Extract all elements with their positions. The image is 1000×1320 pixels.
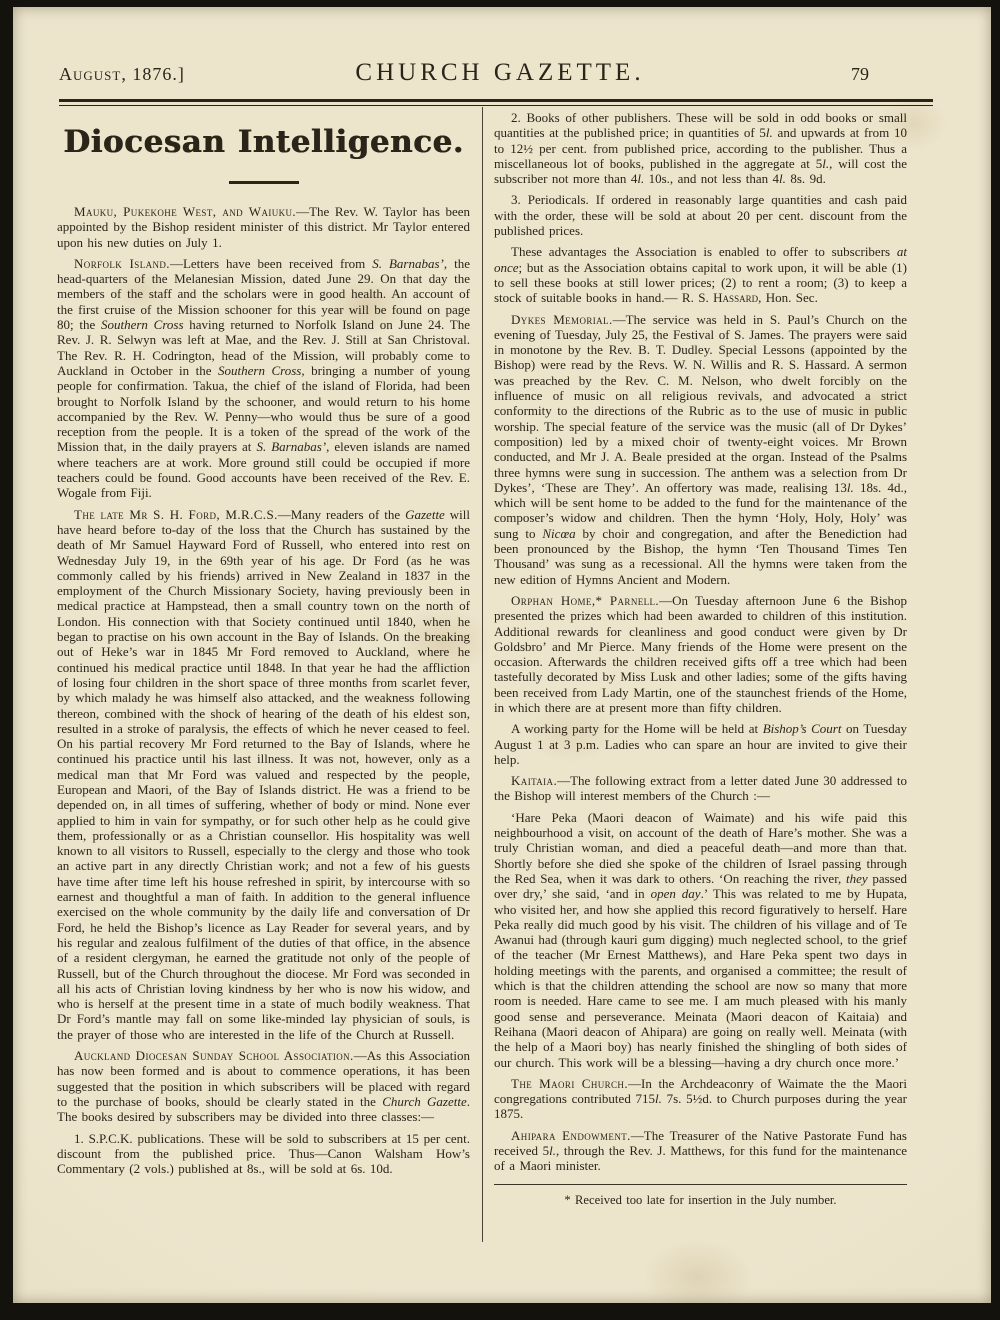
paragraph: Mauku, Pukekohe West, and Waiuku.—The Re…: [57, 204, 470, 250]
section-heading-rule: [229, 181, 299, 184]
paragraph-lead: Kaitaia.: [511, 773, 557, 788]
page-content: Diocesan Intelligence. Mauku, Pukekohe W…: [57, 107, 911, 1263]
right-column-paragraphs: 2. Books of other publishers. These will…: [494, 110, 907, 1174]
paragraph: The Maori Church.—In the Archdeaconry of…: [494, 1076, 907, 1122]
paragraph: Kaitaia.—The following extract from a le…: [494, 773, 907, 804]
section-heading: Diocesan Intelligence.: [57, 125, 470, 159]
left-column-paragraphs: Mauku, Pukekohe West, and Waiuku.—The Re…: [57, 204, 470, 1176]
paragraph: Orphan Home,* Parnell.—On Tuesday aftern…: [494, 593, 907, 715]
footnote-text: * Received too late for insertion in the…: [494, 1193, 907, 1208]
column-divider-rule: [482, 107, 483, 1263]
paragraph-lead: The Maori Church.: [511, 1076, 628, 1091]
right-column: 2. Books of other publishers. These will…: [494, 107, 907, 1263]
paragraph-lead: Mauku, Pukekohe West, and Waiuku.: [74, 204, 296, 219]
issue-date: August, 1876.]: [59, 64, 279, 85]
page-header: August, 1876.] CHURCH GAZETTE. 79: [59, 59, 941, 93]
paragraph-lead: Orphan Home,* Parnell.: [511, 593, 659, 608]
footnote-block: * Received too late for insertion in the…: [494, 1184, 907, 1208]
paragraph-lead: The late Mr S. H. Ford, M.R.C.S.: [74, 507, 278, 522]
paragraph: 1. S.P.C.K. publications. These will be …: [57, 1131, 470, 1177]
newspaper-page: August, 1876.] CHURCH GAZETTE. 79 Dioces…: [13, 7, 991, 1303]
page-number: 79: [721, 64, 941, 85]
paragraph: Dykes Memorial.—The service was held in …: [494, 312, 907, 587]
paragraph: 3. Periodicals. If ordered in reasonably…: [494, 192, 907, 238]
paragraph-lead: Ahipara Endowment.: [511, 1128, 631, 1143]
left-column: Diocesan Intelligence. Mauku, Pukekohe W…: [57, 107, 470, 1263]
paragraph: ‘Hare Peka (Maori deacon of Waimate) and…: [494, 810, 907, 1070]
paragraph: Auckland Diocesan Sunday School Associat…: [57, 1048, 470, 1124]
masthead-title: CHURCH GAZETTE.: [279, 59, 721, 87]
paragraph-lead: Dykes Memorial.: [511, 312, 613, 327]
paragraph-lead: Auckland Diocesan Sunday School Associat…: [74, 1048, 354, 1063]
paragraph: These advantages the Association is enab…: [494, 244, 907, 305]
paragraph-lead: Norfolk Island.: [74, 256, 170, 271]
paragraph: 2. Books of other publishers. These will…: [494, 110, 907, 186]
header-rule: [59, 99, 933, 106]
paragraph: Ahipara Endowment.—The Treasurer of the …: [494, 1128, 907, 1174]
paragraph: Norfolk Island.—Letters have been receiv…: [57, 256, 470, 501]
paragraph: A working party for the Home will be hel…: [494, 721, 907, 767]
paragraph: The late Mr S. H. Ford, M.R.C.S.—Many re…: [57, 507, 470, 1042]
